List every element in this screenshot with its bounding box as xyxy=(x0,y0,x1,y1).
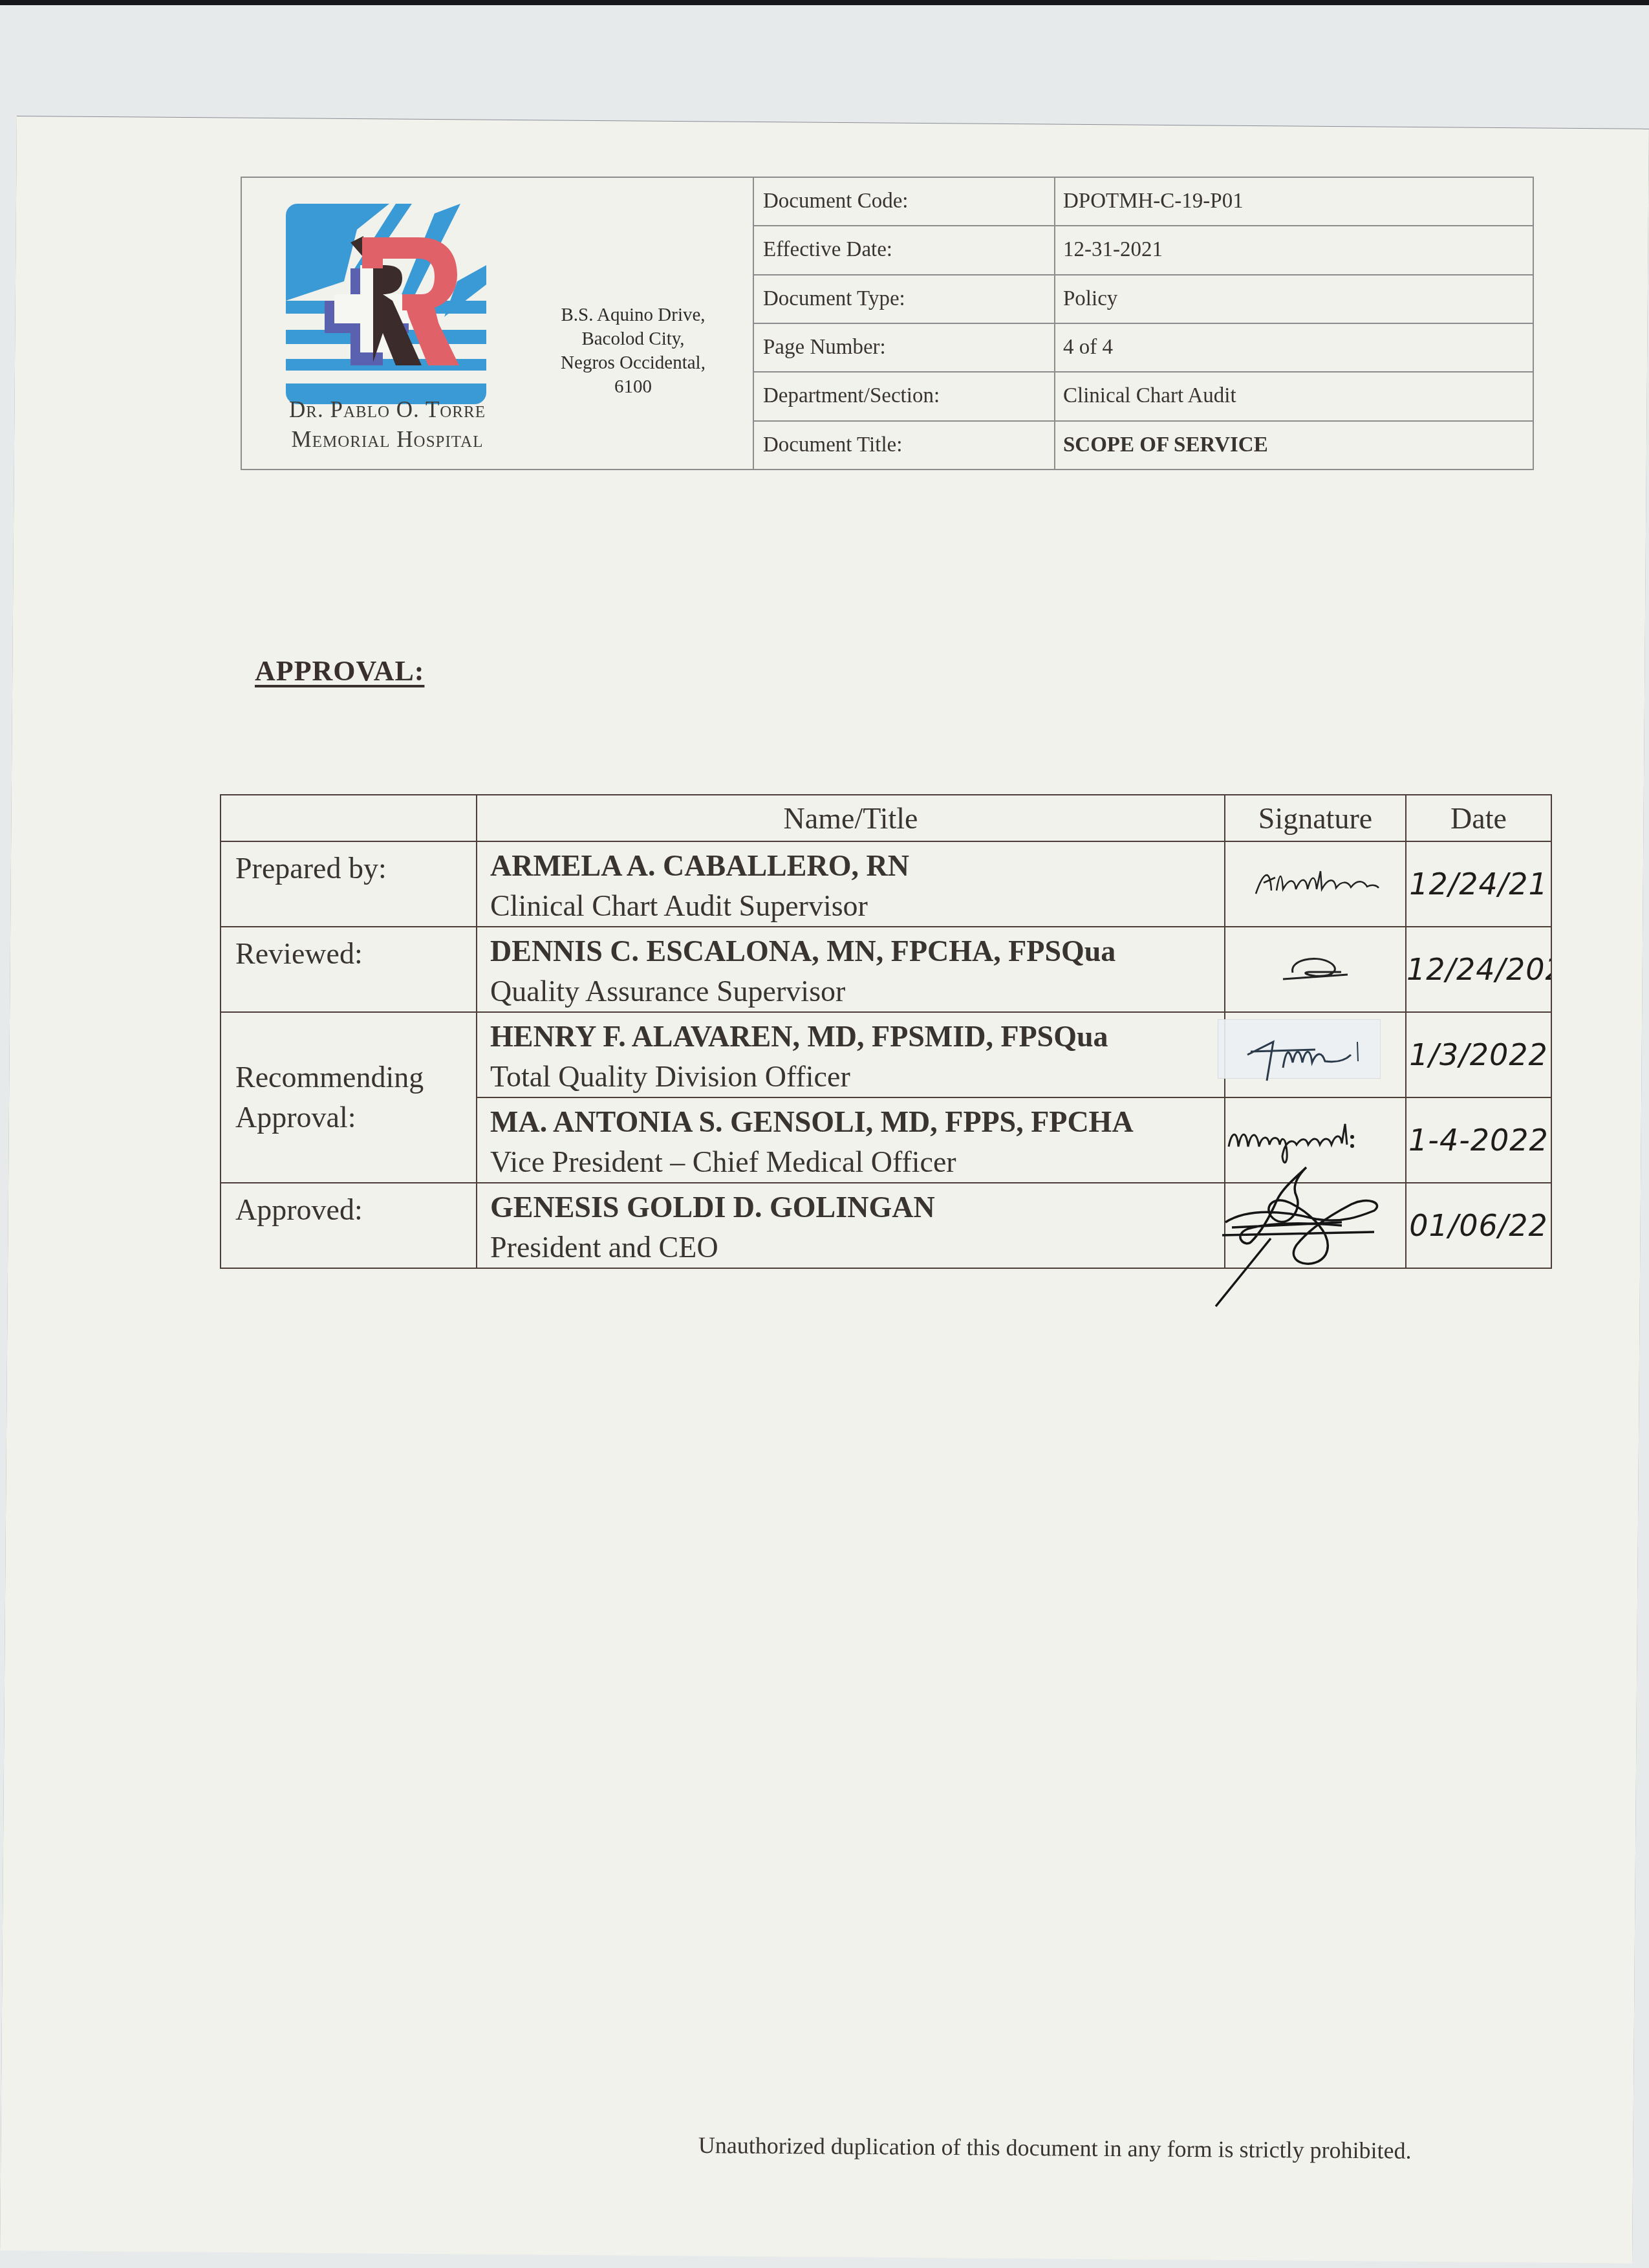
document-header: Dr. Pablo O. Torre Memorial Hospital B.S… xyxy=(241,177,1534,470)
meta-label: Department/Section: xyxy=(754,373,1055,420)
address-line: Negros Occidental, xyxy=(533,351,733,375)
role-label-line: Recommending xyxy=(235,1057,476,1097)
person-cell: DENNIS C. ESCALONA, MN, FPCHA, FPSQua Qu… xyxy=(477,927,1225,1012)
document-code-value: DPOTMH-C-19-P01 xyxy=(1055,178,1533,225)
column-header-signature: Signature xyxy=(1225,795,1406,841)
meta-row-effective-date: Effective Date: 12-31-2021 xyxy=(754,226,1533,275)
table-row: Approved: GENESIS GOLDI D. GOLINGAN Pres… xyxy=(221,1183,1551,1268)
signature-cell xyxy=(1225,927,1406,1012)
meta-label: Effective Date: xyxy=(754,226,1055,274)
hospital-name-line1: Dr. Pablo O. Torre xyxy=(255,395,520,425)
meta-row-department: Department/Section: Clinical Chart Audit xyxy=(754,373,1533,421)
department-value: Clinical Chart Audit xyxy=(1055,373,1533,420)
date-cell: 12/24/2021 xyxy=(1406,927,1551,1012)
role-approved: Approved: xyxy=(221,1183,477,1268)
signature-cell xyxy=(1225,1183,1406,1268)
document-type-value: Policy xyxy=(1055,275,1533,323)
meta-row-document-type: Document Type: Policy xyxy=(754,275,1533,324)
meta-label: Document Type: xyxy=(754,275,1055,323)
date-cell: 1-4-2022 xyxy=(1406,1097,1551,1183)
signature-cell xyxy=(1225,1012,1406,1097)
person-title: Vice President – Chief Medical Officer xyxy=(490,1142,1224,1182)
person-name: ARMELA A. CABALLERO, RN xyxy=(490,846,1224,886)
handwritten-signature-icon xyxy=(1244,858,1386,910)
approval-table: Name/Title Signature Date Prepared by: A… xyxy=(220,794,1552,1269)
role-reviewed: Reviewed: xyxy=(221,927,477,1012)
handwritten-signature-icon xyxy=(1212,1151,1394,1280)
person-name: MA. ANTONIA S. GENSOLI, MD, FPPS, FPCHA xyxy=(490,1102,1224,1142)
person-title: President and CEO xyxy=(490,1227,1224,1268)
date-cell: 1/3/2022 xyxy=(1406,1012,1551,1097)
person-cell: ARMELA A. CABALLERO, RN Clinical Chart A… xyxy=(477,841,1225,927)
column-header-date: Date xyxy=(1406,795,1551,841)
date-cell: 01/06/22 xyxy=(1406,1183,1551,1268)
role-prepared-by: Prepared by: xyxy=(221,841,477,927)
page-number-value: 4 of 4 xyxy=(1055,324,1533,371)
meta-row-document-code: Document Code: DPOTMH-C-19-P01 xyxy=(754,178,1533,226)
address-line: B.S. Aquino Drive, xyxy=(533,303,733,327)
signature-cell xyxy=(1225,841,1406,927)
person-name: GENESIS GOLDI D. GOLINGAN xyxy=(490,1187,1224,1227)
hospital-address: B.S. Aquino Drive, Bacolod City, Negros … xyxy=(533,303,733,399)
duplication-notice: Unauthorized duplication of this documen… xyxy=(698,2132,1412,2165)
meta-label: Document Title: xyxy=(754,422,1055,469)
person-name: HENRY F. ALAVAREN, MD, FPSMID, FPSQua xyxy=(490,1017,1224,1057)
document-meta-table: Document Code: DPOTMH-C-19-P01 Effective… xyxy=(754,178,1533,469)
table-row: Reviewed: DENNIS C. ESCALONA, MN, FPCHA,… xyxy=(221,927,1551,1012)
approval-heading: APPROVAL: xyxy=(255,654,424,687)
hospital-name: Dr. Pablo O. Torre Memorial Hospital xyxy=(255,395,520,455)
meta-label: Document Code: xyxy=(754,178,1055,225)
hospital-name-line2: Memorial Hospital xyxy=(255,425,520,455)
person-name: DENNIS C. ESCALONA, MN, FPCHA, FPSQua xyxy=(490,931,1224,971)
column-header-role xyxy=(221,795,477,841)
role-recommending-approval: Recommending Approval: xyxy=(221,1012,477,1183)
meta-row-document-title: Document Title: SCOPE OF SERVICE xyxy=(754,422,1533,469)
meta-label: Page Number: xyxy=(754,324,1055,371)
person-title: Total Quality Division Officer xyxy=(490,1057,1224,1097)
person-title: Quality Assurance Supervisor xyxy=(490,971,1224,1011)
hospital-logo-cross-R-icon xyxy=(286,204,486,404)
address-line: 6100 xyxy=(533,375,733,399)
hospital-identity: Dr. Pablo O. Torre Memorial Hospital B.S… xyxy=(242,178,754,469)
person-cell: HENRY F. ALAVAREN, MD, FPSMID, FPSQua To… xyxy=(477,1012,1225,1097)
scanner-edge xyxy=(0,0,1649,5)
document-title-value: SCOPE OF SERVICE xyxy=(1055,422,1533,469)
handwritten-signature-icon xyxy=(1238,1022,1393,1087)
meta-row-page-number: Page Number: 4 of 4 xyxy=(754,324,1533,373)
person-title: Clinical Chart Audit Supervisor xyxy=(490,886,1224,926)
table-row: Recommending Approval: HENRY F. ALAVAREN… xyxy=(221,1012,1551,1097)
handwritten-signature-icon xyxy=(1244,944,1386,995)
date-cell: 12/24/21 xyxy=(1406,841,1551,927)
role-label-line: Approval: xyxy=(235,1097,476,1138)
person-cell: MA. ANTONIA S. GENSOLI, MD, FPPS, FPCHA … xyxy=(477,1097,1225,1183)
column-header-name-title: Name/Title xyxy=(477,795,1225,841)
person-cell: GENESIS GOLDI D. GOLINGAN President and … xyxy=(477,1183,1225,1268)
table-row: Prepared by: ARMELA A. CABALLERO, RN Cli… xyxy=(221,841,1551,927)
approval-table-header: Name/Title Signature Date xyxy=(221,795,1551,841)
address-line: Bacolod City, xyxy=(533,327,733,351)
effective-date-value: 12-31-2021 xyxy=(1055,226,1533,274)
